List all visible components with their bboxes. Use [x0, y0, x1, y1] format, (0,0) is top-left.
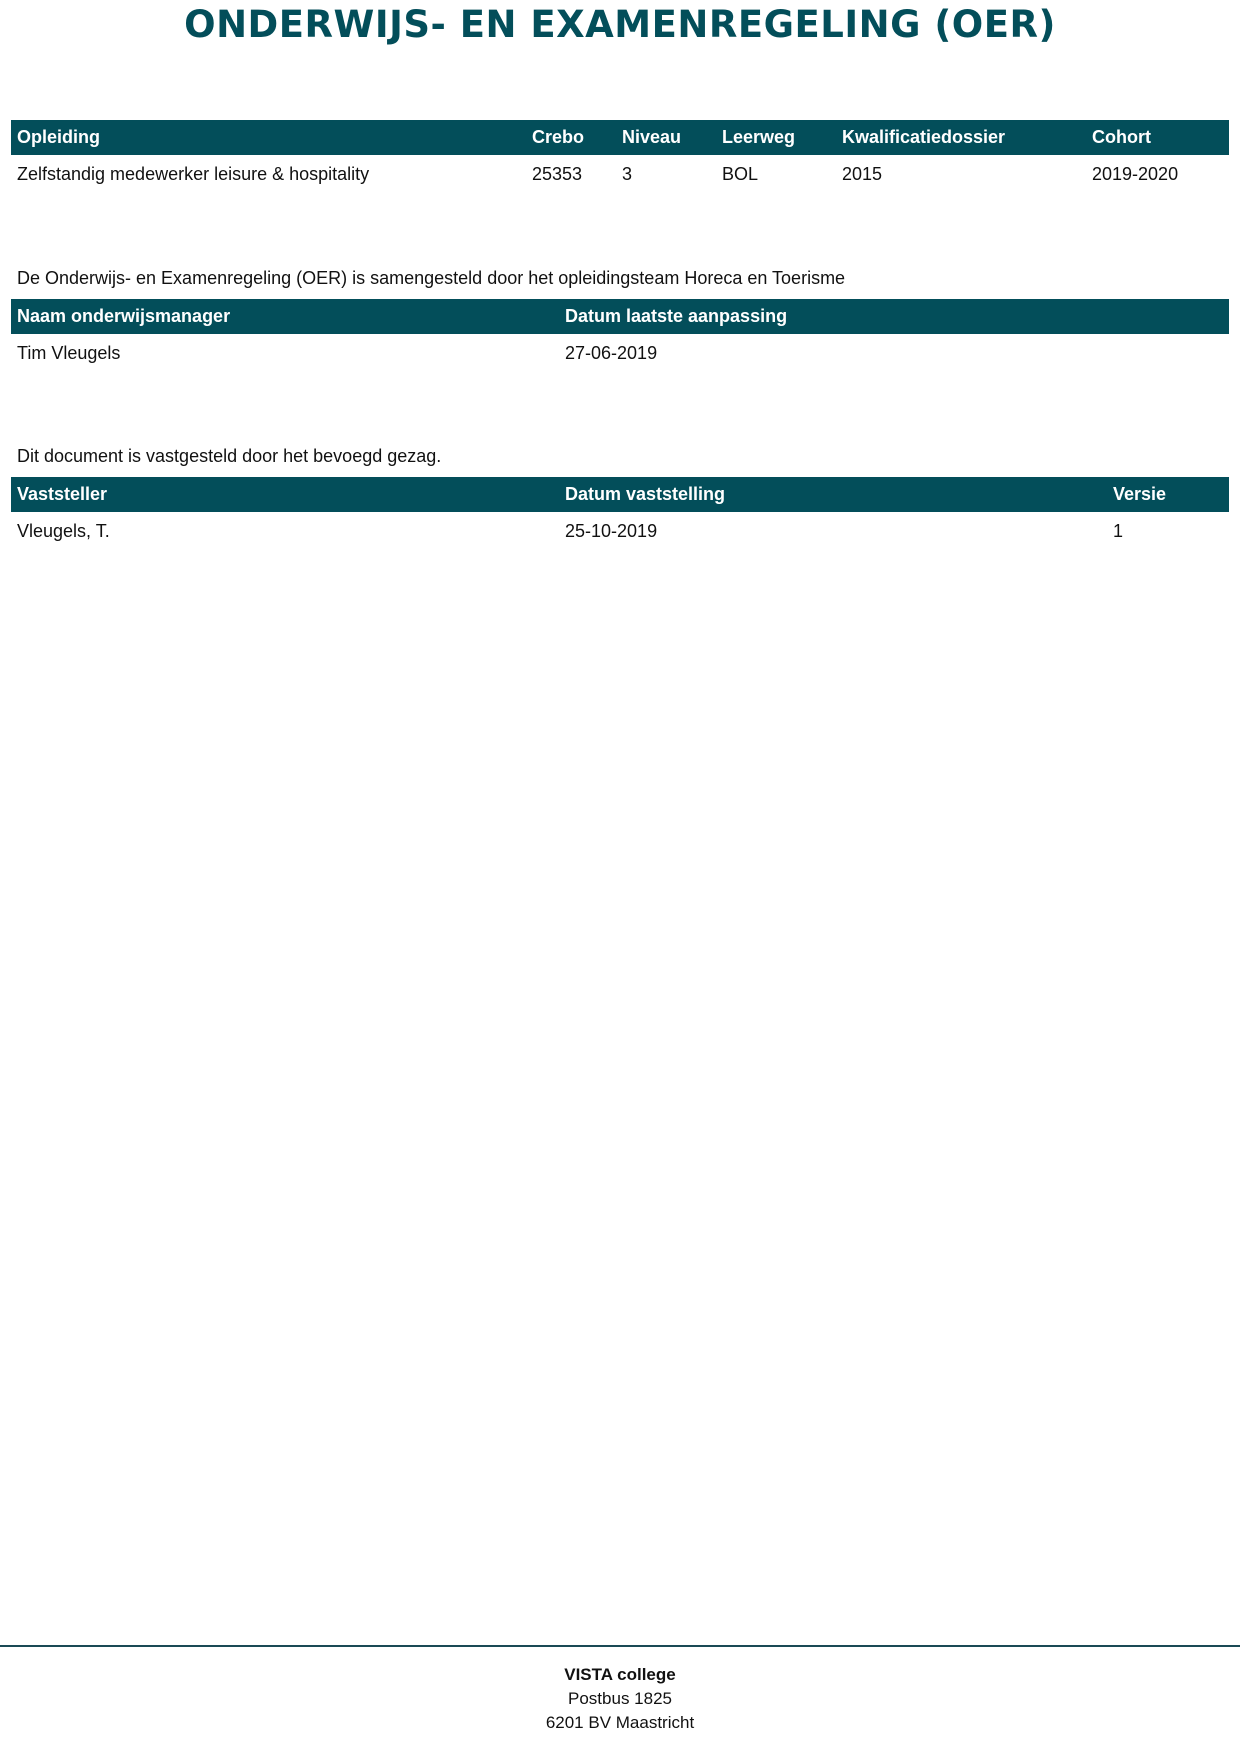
cell-manager-name: Tim Vleugels — [11, 334, 559, 372]
header-naam-onderwijsmanager: Naam onderwijsmanager — [11, 299, 559, 334]
footer-address-line1: Postbus 1825 — [0, 1687, 1240, 1711]
table-row: Tim Vleugels 27-06-2019 — [11, 334, 1229, 372]
manager-table: Naam onderwijsmanager Datum laatste aanp… — [11, 299, 1229, 372]
program-table: Opleiding Crebo Niveau Leerweg Kwalifica… — [11, 120, 1229, 193]
manager-table-header: Naam onderwijsmanager Datum laatste aanp… — [11, 299, 1229, 334]
cell-vaststeller: Vleugels, T. — [11, 512, 559, 550]
header-kwalificatiedossier: Kwalificatiedossier — [836, 120, 1086, 155]
program-table-header: Opleiding Crebo Niveau Leerweg Kwalifica… — [11, 120, 1229, 155]
footer-organization: VISTA college — [0, 1663, 1240, 1687]
cell-datum-vaststelling: 25-10-2019 — [559, 512, 1107, 550]
adopted-by-text: Dit document is vastgesteld door het bev… — [17, 446, 441, 467]
header-datum-vaststelling: Datum vaststelling — [559, 477, 1107, 512]
header-versie: Versie — [1107, 477, 1229, 512]
header-crebo: Crebo — [526, 120, 616, 155]
table-row: Vleugels, T. 25-10-2019 1 — [11, 512, 1229, 550]
header-niveau: Niveau — [616, 120, 716, 155]
cell-cohort: 2019-2020 — [1086, 155, 1229, 193]
cell-versie: 1 — [1107, 512, 1229, 550]
cell-leerweg: BOL — [716, 155, 836, 193]
footer: VISTA college Postbus 1825 6201 BV Maast… — [0, 1663, 1240, 1735]
composed-by-text: De Onderwijs- en Examenregeling (OER) is… — [17, 268, 845, 289]
cell-niveau: 3 — [616, 155, 716, 193]
header-opleiding: Opleiding — [11, 120, 526, 155]
document-title: ONDERWIJS- EN EXAMENREGELING (OER) — [0, 2, 1240, 48]
header-datum-laatste-aanpassing: Datum laatste aanpassing — [559, 299, 1229, 334]
header-leerweg: Leerweg — [716, 120, 836, 155]
adoption-table-header: Vaststeller Datum vaststelling Versie — [11, 477, 1229, 512]
cell-kwalificatiedossier: 2015 — [836, 155, 1086, 193]
cell-last-modified: 27-06-2019 — [559, 334, 1229, 372]
header-vaststeller: Vaststeller — [11, 477, 559, 512]
table-row: Zelfstandig medewerker leisure & hospita… — [11, 155, 1229, 193]
footer-divider — [0, 1645, 1240, 1647]
header-cohort: Cohort — [1086, 120, 1229, 155]
footer-address-line2: 6201 BV Maastricht — [0, 1711, 1240, 1735]
cell-opleiding: Zelfstandig medewerker leisure & hospita… — [11, 155, 526, 193]
adoption-table: Vaststeller Datum vaststelling Versie Vl… — [11, 477, 1229, 550]
cell-crebo: 25353 — [526, 155, 616, 193]
